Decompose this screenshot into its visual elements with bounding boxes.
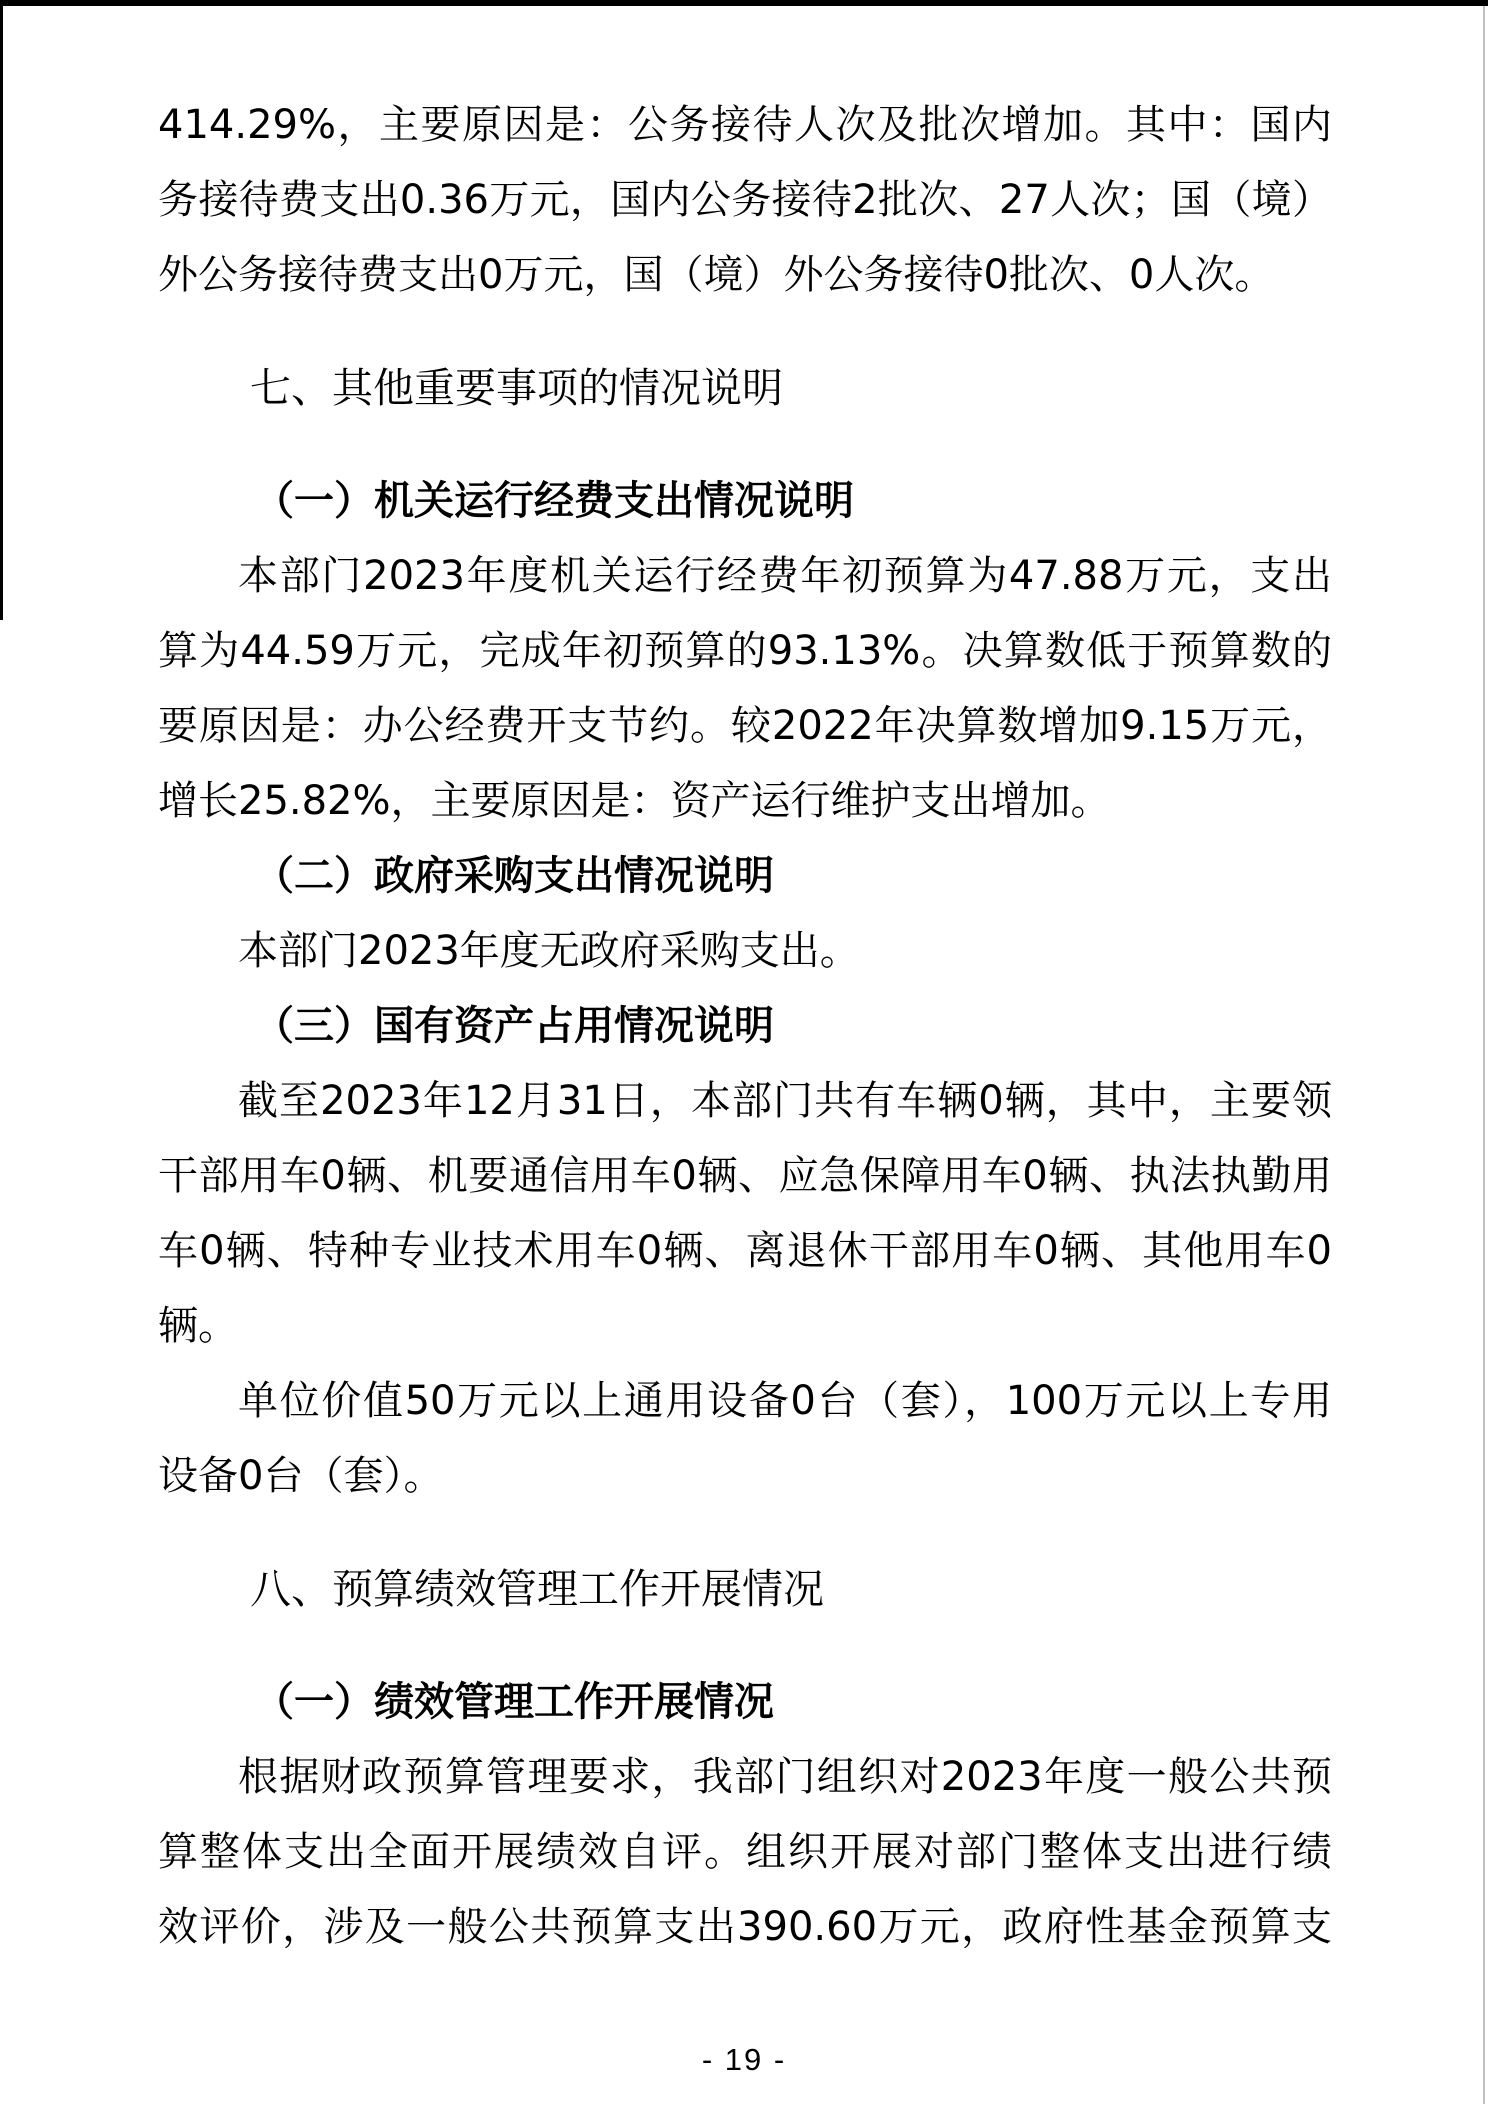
paragraph: 截至2023年12月31日，本部门共有车辆0辆，其中，主要领导干部用车0辆、机要… — [158, 1064, 1332, 1364]
section-heading: 七、其他重要事项的情况说明 — [158, 351, 1332, 426]
paragraph: 本部门2023年度机关运行经费年初预算为47.88万元，支出决算为44.59万元… — [158, 539, 1332, 839]
text-line: 算整体支出全面开展绩效自评。组织开展对部门整体支出进行绩 — [158, 1815, 1332, 1890]
subsection-heading: （二）政府采购支出情况说明 — [158, 839, 1332, 914]
scan-edge-left — [0, 0, 3, 620]
subsection-heading: （一）绩效管理工作开展情况 — [158, 1665, 1332, 1740]
text-line: 外公务接待费支出0万元，国（境）外公务接待0批次、0人次。 — [158, 238, 1332, 313]
document-page: 414.29%，主要原因是：公务接待人次及批次增加。其中：国内公务接待费支出0.… — [0, 0, 1488, 2104]
paragraph: 根据财政预算管理要求，我部门组织对2023年度一般公共预算整体支出全面开展绩效自… — [158, 1740, 1332, 1965]
subsection-heading: （三）国有资产占用情况说明 — [158, 989, 1332, 1064]
text-line: 干部用车0辆、机要通信用车0辆、应急保障用车0辆、执法执勤用 — [158, 1139, 1332, 1214]
text-line: 效评价，涉及一般公共预算支出390.60万元，政府性基金预算支 — [158, 1890, 1332, 1965]
text-line: 要原因是：办公经费开支节约。较2022年决算数增加9.15万元， — [158, 689, 1332, 764]
paragraph: 本部门2023年度无政府采购支出。 — [158, 914, 1332, 989]
text-line: 务接待费支出0.36万元，国内公务接待2批次、27人次；国（境） — [158, 163, 1332, 238]
text-line: 414.29%，主要原因是：公务接待人次及批次增加。其中：国内公 — [158, 88, 1332, 163]
scan-edge-right — [1483, 6, 1485, 2104]
text-line: 算为44.59万元，完成年初预算的93.13%。决算数低于预算数的主 — [158, 614, 1332, 689]
subsection-heading: （一）机关运行经费支出情况说明 — [158, 464, 1332, 539]
text-line: （一）机关运行经费支出情况说明 — [158, 464, 1332, 539]
text-line: 本部门2023年度无政府采购支出。 — [158, 914, 1332, 989]
text-line: 增长25.82%，主要原因是：资产运行维护支出增加。 — [158, 764, 1332, 839]
page-number: - 19 - — [0, 2042, 1488, 2078]
text-line: 辆。 — [158, 1289, 1332, 1364]
text-line: 单位价值50万元以上通用设备0台（套），100万元以上专用 — [158, 1364, 1332, 1439]
document-body: 414.29%，主要原因是：公务接待人次及批次增加。其中：国内公务接待费支出0.… — [158, 88, 1332, 1965]
text-line: （三）国有资产占用情况说明 — [158, 989, 1332, 1064]
text-line: （一）绩效管理工作开展情况 — [158, 1665, 1332, 1740]
text-line: 根据财政预算管理要求，我部门组织对2023年度一般公共预 — [158, 1740, 1332, 1815]
text-line: 设备0台（套）。 — [158, 1439, 1332, 1514]
section-heading: 八、预算绩效管理工作开展情况 — [158, 1552, 1332, 1627]
text-line: 八、预算绩效管理工作开展情况 — [158, 1552, 1332, 1627]
text-line: 车0辆、特种专业技术用车0辆、离退休干部用车0辆、其他用车0 — [158, 1214, 1332, 1289]
text-line: 七、其他重要事项的情况说明 — [158, 351, 1332, 426]
paragraph: 414.29%，主要原因是：公务接待人次及批次增加。其中：国内公务接待费支出0.… — [158, 88, 1332, 313]
paragraph: 单位价值50万元以上通用设备0台（套），100万元以上专用设备0台（套）。 — [158, 1364, 1332, 1514]
text-line: 本部门2023年度机关运行经费年初预算为47.88万元，支出决 — [158, 539, 1332, 614]
text-line: （二）政府采购支出情况说明 — [158, 839, 1332, 914]
text-line: 截至2023年12月31日，本部门共有车辆0辆，其中，主要领导 — [158, 1064, 1332, 1139]
scan-edge-top — [0, 0, 1488, 6]
